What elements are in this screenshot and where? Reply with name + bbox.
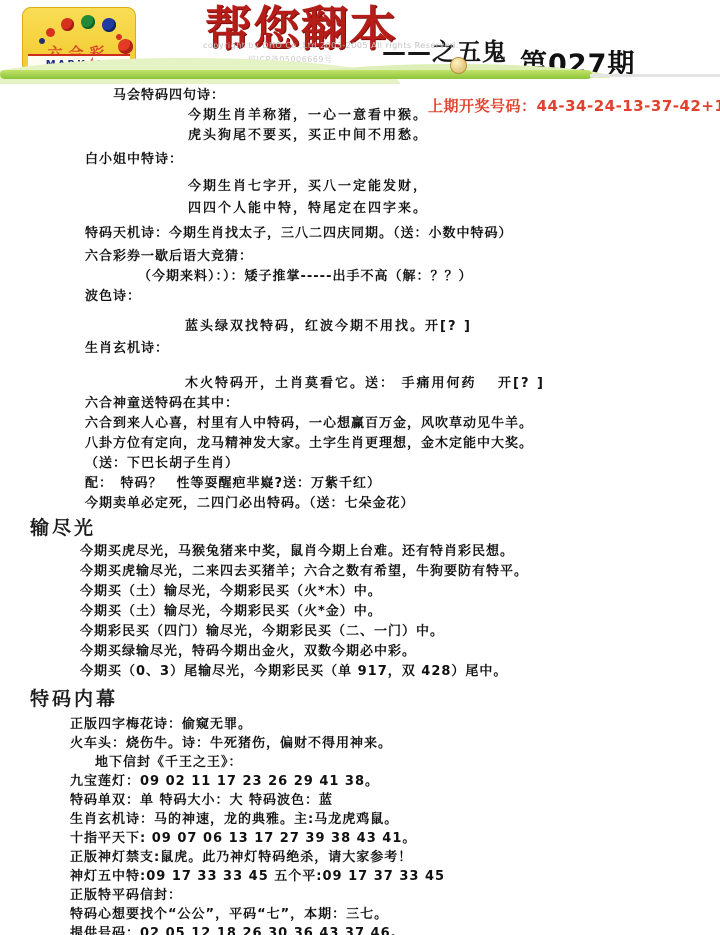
small-ball-icon [450,57,467,74]
ball-icon [81,15,95,29]
text-line: 六合彩券一歇后语大竞猜： [0,247,720,267]
text-line: 今期买虎输尽光，二来四去买猪羊；六合之数有希望，牛狗要防有特平。 [0,562,720,582]
page-title: 帮您翻本 [205,2,395,60]
text-line: 提供号码：02 05 12 18 26 30 36 43 37 46。 [0,924,720,935]
text-line: 正版四字梅花诗：偷窥无罪。 [0,715,720,734]
text-line: 特码单双：单 特码大小：大 特码波色：蓝 [0,791,720,810]
text-line: 十指平天下: 09 07 06 13 17 27 39 38 43 41。 [0,829,720,848]
text-line: 蓝头绿双找特码，红波今期不用找。开[? ] [0,317,720,337]
text-line: 今期生肖七字开，买八一定能发财， [0,177,720,197]
text-line: 六合到来人心喜，村里有人中特码，一心想赢百万金，风吹草动见牛羊。 [0,414,720,434]
ball-icon [46,28,55,37]
text-line: （送：下巴长胡子生肖） [0,454,720,474]
text-line: 地下信封《千王之王》： [0,753,720,772]
text-line: 八卦方位有定向，龙马精神发大家。土字生肖更理想，金木定能中大奖。 [0,434,720,454]
divider-shadow [590,74,720,77]
text-line: 今期买绿输尽光，特码今期出金火，双数今期必中彩。 [0,642,720,662]
text-line: 今期买（0、3）尾输尽光，今期彩民买（单 917，双 428）尾中。 [0,662,720,682]
text-line: 今期卖单必定死，二四门必出特码。（送：七朵金花） [0,494,720,514]
text-line: 木火特码开，土肖莫看它。送： 手痛用何药 开[? ] [0,374,720,394]
text-line: 今期买（土）输尽光，今期彩民买（火*金）中。 [0,602,720,622]
text-line: 配： 特码？ 性等耍醒疤芈嶷?送：万紫千红） [0,474,720,494]
text-line: 今期彩民买（四门）输尽光，今期彩民买（二、一门）中。 [0,622,720,642]
text-line: 四四个人能中特，特尾定在四字来。 [0,199,720,219]
text-line: 生肖玄机诗：马的神速，龙的典雅。主:马龙虎鸡鼠。 [0,810,720,829]
text-line: 波色诗： [0,287,720,307]
text-line: 六合神童送特码在其中： [0,394,720,414]
text-line: 虎头狗尾不要买，买正中间不用愁。 [0,126,720,146]
text-line: 正版神灯禁支:鼠虎。此乃神灯特码绝杀，请大家参考！ [0,848,720,867]
text-line: 生肖玄机诗： [0,339,720,359]
grass-divider [0,70,592,79]
page: 六合彩 MARKIX 帮您翻本 ——之五鬼 第027期 copyright by… [0,0,720,935]
text-line: 白小姐中特诗： [0,150,720,170]
text-line: 特码天机诗：今期生肖找太子，三八二四庆同期。（送：小数中特码） [0,224,720,244]
text-line: 马会特码四句诗： [0,86,720,106]
copyright-watermark: copyright by DHO Co.,Ltd 2003-2005 All r… [203,41,459,50]
text-line: 神灯五中特:09 17 33 33 45 五个平:09 17 37 33 45 [0,867,720,886]
ball-icon [102,18,116,32]
text-line: 正版特平码信封： [0,886,720,905]
ball-icon [61,18,74,31]
text-line: 今期买（土）输尽光，今期彩民买（火*木）中。 [0,582,720,602]
text-line: 特码心想要找个“公公”，平码“七”，本期：三七。 [0,905,720,924]
section-heading: 特码内幕 [0,685,720,713]
text-line: 今期买虎尽光，马猴兔猪来中奖，鼠肖今期上台难。还有特肖彩民想。 [0,542,720,562]
text-line: （今期来料）：）：矮子推掌-----出手不高（解：？？） [0,267,720,287]
text-line: 九宝莲灯：09 02 11 17 23 26 29 41 38。 [0,772,720,791]
text-line: 火车头：烧伤牛。诗：牛死猪伤，偏财不得用神来。 [0,734,720,753]
section-heading: 输尽光 [0,514,720,542]
text-line: 今期生肖羊称猪，一心一意看中猴。 [0,106,720,126]
content-lines: 马会特码四句诗：今期生肖羊称猪，一心一意看中猴。虎头狗尾不要买，买正中间不用愁。… [0,86,720,935]
